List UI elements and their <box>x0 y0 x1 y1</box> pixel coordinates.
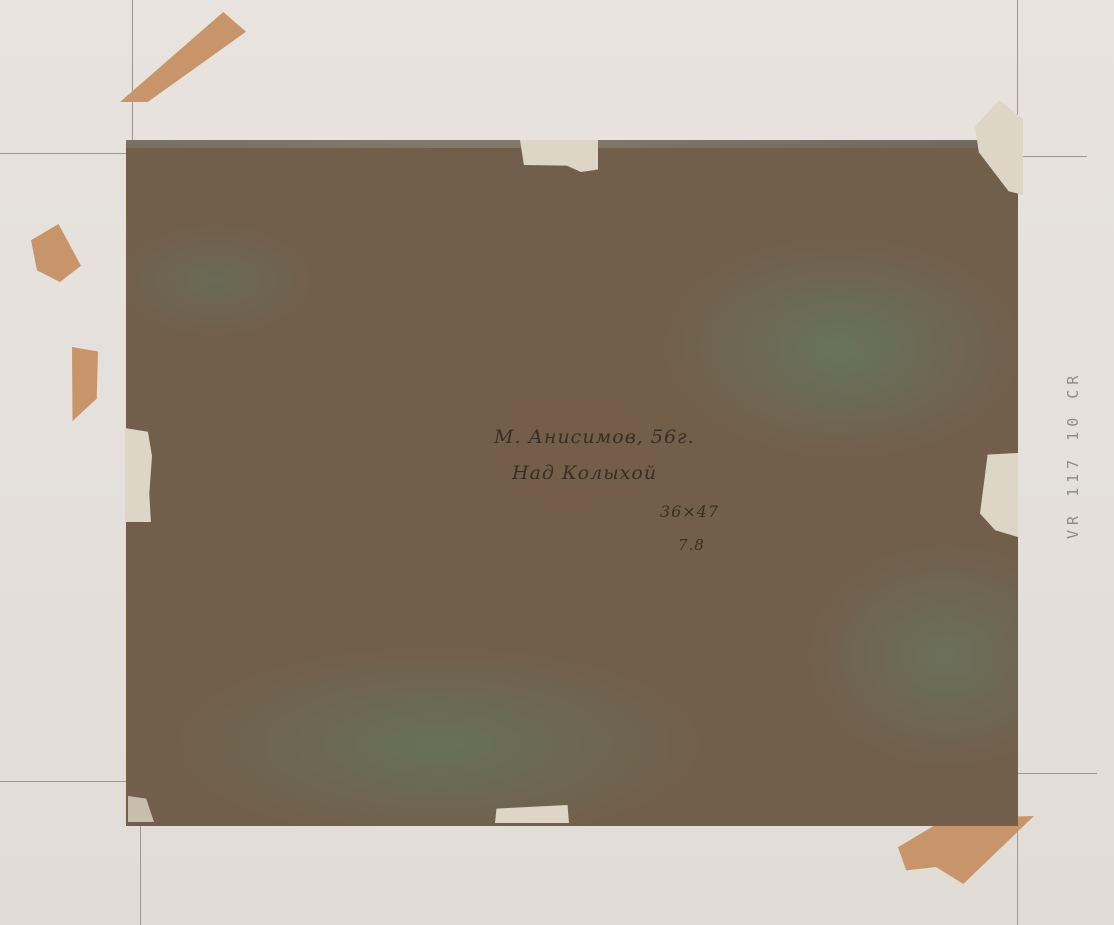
guide-line-horizontal-bottom-left <box>0 781 128 782</box>
guide-line-vertical-bottom-left <box>140 822 141 925</box>
inscription-line-3: 36×47 <box>660 502 719 521</box>
guide-line-horizontal-top-left <box>0 153 130 154</box>
mount-board: М. Анисимов, 56г. Над Колыхой 36×47 7.8 … <box>0 0 1114 925</box>
kraft-tape-left-2 <box>72 347 98 421</box>
guide-line-horizontal-top-right <box>1017 156 1087 157</box>
inscription-line-4: 7.8 <box>678 536 705 554</box>
mount-inventory-label: VR 117 10 CR <box>1064 320 1084 590</box>
guide-line-vertical-left <box>132 0 133 150</box>
kraft-tape-left-1 <box>31 224 81 282</box>
artwork-back-board: М. Анисимов, 56г. Над Колыхой 36×47 7.8 <box>126 140 1018 826</box>
guide-line-horizontal-bottom-right <box>1017 773 1097 774</box>
masking-tape-left <box>125 428 152 522</box>
kraft-tape-bottom-right <box>898 816 1034 884</box>
kraft-tape-top-left <box>120 12 246 102</box>
inscription-line-2: Над Колыхой <box>512 462 657 484</box>
inscription-line-1: М. Анисимов, 56г. <box>494 426 695 448</box>
